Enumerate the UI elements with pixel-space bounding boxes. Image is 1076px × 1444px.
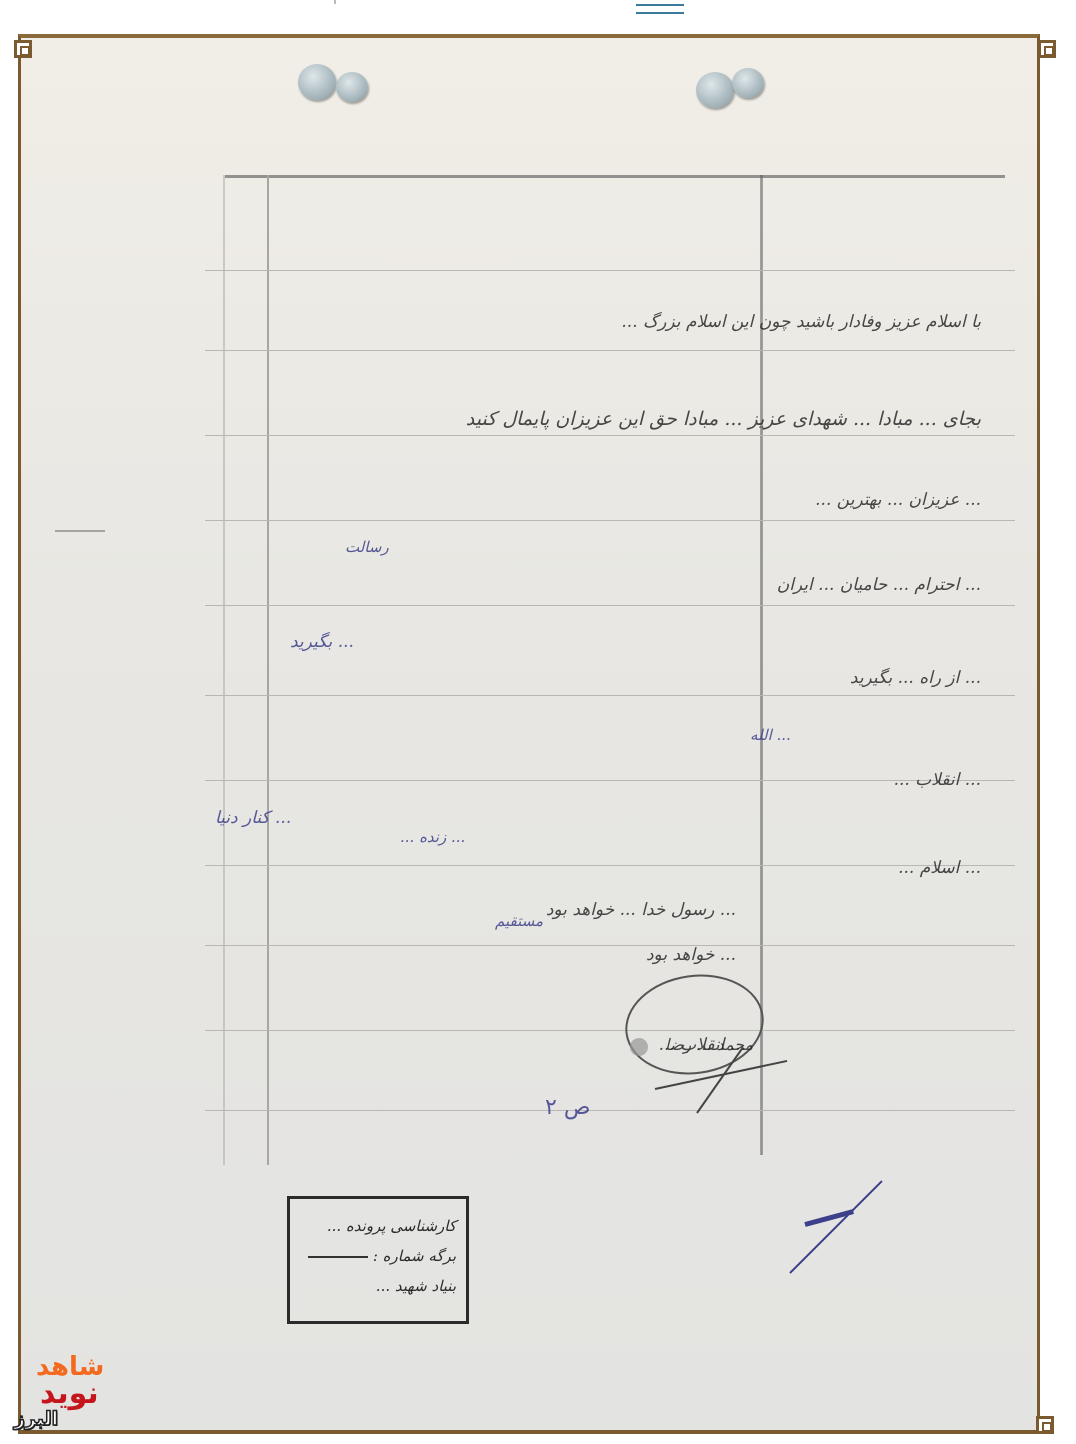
stamp-line: برگه شماره :: [300, 1241, 456, 1271]
pin-icon: [298, 64, 336, 100]
archive-stamp: کارشناسی پرونده ... برگه شماره : بنیاد ش…: [287, 1196, 469, 1324]
blue-annotation: رسالت: [345, 538, 389, 556]
letter-line: ... از راه ... بگیرید: [850, 668, 981, 688]
blue-annotation: ... الله: [750, 726, 791, 744]
frame-corner-ornament: [1038, 40, 1056, 58]
blue-annotation: ... کنار دنیا: [215, 808, 291, 828]
letter-line: بجای ... مبادا ... شهدای عزیز ... مبادا …: [466, 408, 981, 430]
letter-line: ... احترام ... حامیان ... ایران: [777, 575, 981, 595]
letter-line: ... رسول خدا ... خواهد بود: [546, 900, 736, 920]
letter-line: ... عزیزان ... بهترین ...: [815, 490, 981, 510]
margin-mark: [55, 530, 105, 532]
top-dot: [334, 0, 336, 4]
pin-icon: [732, 68, 764, 98]
pin-icon: [336, 72, 368, 102]
frame-corner-ornament: [1036, 1416, 1054, 1434]
frame-corner-ornament: [14, 40, 32, 58]
blue-annotation: ... بگیرید: [290, 632, 354, 652]
blue-annotation: مستقیم: [495, 912, 543, 930]
letter-line: ... اسلام ...: [898, 858, 981, 878]
stamp-line: بنیاد شهید ...: [300, 1271, 456, 1301]
letter-line: ... خواهد بود: [646, 945, 736, 965]
stamp-line: کارشناسی پرونده ...: [300, 1211, 456, 1241]
watermark-logo: شاهد نوید البرز: [14, 1352, 114, 1434]
menu-icon[interactable]: [636, 4, 684, 14]
page-number: ص ۲: [545, 1095, 590, 1120]
seal-mark: [630, 1038, 648, 1056]
pin-icon: [696, 72, 734, 108]
blue-annotation: ... زنده ...: [400, 828, 465, 846]
letter-line: ... انقلاب ...: [894, 770, 981, 790]
letter-line: با اسلام عزیز وفادار باشید چون این اسلام…: [621, 312, 981, 332]
